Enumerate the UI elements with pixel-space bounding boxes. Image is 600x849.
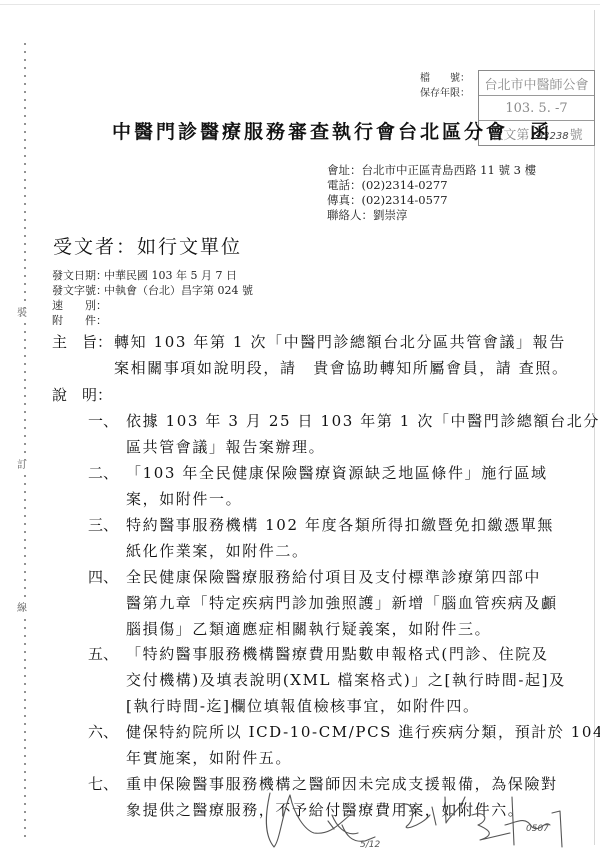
- retention-period-label: 保存年限：: [420, 86, 470, 101]
- item-1-line-2: 區共管會議」報告案辦理。: [126, 436, 325, 457]
- subject-line-2: 案相關事項如說明段，請 貴會協助轉知所屬會員，請 查照。: [114, 357, 569, 378]
- item-7-number: 七、: [88, 773, 118, 794]
- dispatch-ref: 發文字號：中執會（台北）昌字第 024 號: [52, 283, 253, 298]
- fax: 傳真：(02)2314-0577: [327, 193, 536, 208]
- file-number-label: 檔 號：: [420, 71, 470, 86]
- dispatch-date: 發文日期：中華民國 103 年 5 月 7 日: [52, 268, 253, 283]
- document-title: 中醫門診醫療服務審查執行會台北區分會 函: [112, 117, 552, 144]
- recipient: 受文者：如行文單位: [53, 232, 242, 259]
- signature-stroke-4: [400, 797, 465, 828]
- item-5-line-3: [執行時間-迄]欄位填報值檢核事宜，如附件四。: [126, 695, 480, 716]
- stamp-org: 台北市中醫師公會: [479, 71, 594, 96]
- binding-mark-zhuang: 裝: [17, 308, 27, 320]
- signature-stroke-1: [266, 793, 350, 847]
- signature-date-2: 0507: [526, 824, 549, 834]
- file-info: 檔 號： 保存年限：: [420, 71, 470, 101]
- subject-label: 主 旨：: [52, 331, 112, 352]
- signature-stroke-5: [472, 814, 510, 840]
- item-2-line-2: 案，如附件一。: [126, 488, 242, 509]
- item-1-number: 一、: [88, 410, 118, 431]
- dispatch-ref-label: 發文字號：: [52, 283, 104, 298]
- item-4-number: 四、: [88, 566, 118, 587]
- item-3-line-2: 紙化作業案，如附件二。: [126, 540, 309, 561]
- contact-block: 會址：台北市中正區青島西路 11 號 3 樓 電話：(02)2314-0277 …: [327, 163, 536, 223]
- item-5-number: 五、: [88, 643, 118, 664]
- attachments-label: 附 件：: [52, 313, 104, 328]
- stamp-doc-suffix: 號: [570, 124, 583, 143]
- binding-mark-ding: 訂: [17, 460, 27, 472]
- phone: 電話：(02)2314-0277: [327, 178, 536, 193]
- binding-dotted-line: [24, 40, 26, 840]
- item-4-line-1: 全民健康保險醫療服務給付項目及支付標準診療第四部中: [126, 566, 541, 587]
- item-2-line-1: 「103 年全民健康保險醫療資源缺乏地區條件」施行區域: [126, 462, 548, 483]
- item-6-line-1: 健保特約院所以 ICD-10-CM/PCS 進行疾病分類，預計於 104: [126, 721, 600, 742]
- signature-stroke-7: [552, 811, 562, 847]
- contact-person: 聯絡人：劉崇淳: [327, 208, 536, 223]
- address: 會址：台北市中正區青島西路 11 號 3 樓: [327, 163, 536, 178]
- item-4-line-3: 腦損傷」乙類適應症相關執行疑義案，如附件三。: [126, 618, 491, 639]
- dispatch-date-value: 中華民國 103 年 5 月 7 日: [104, 269, 237, 282]
- dispatch-date-label: 發文日期：: [52, 268, 104, 283]
- subject-line-1: 轉知 103 年第 1 次「中醫門診總額台北分區共管會議」報告: [114, 331, 566, 352]
- item-3-number: 三、: [88, 514, 118, 535]
- signature-stroke-6: [505, 797, 550, 845]
- item-4-line-2: 醫第九章「特定疾病門診加強照護」新增「腦血管疾病及顱: [126, 592, 558, 613]
- attachments: 附 件：: [52, 313, 253, 328]
- item-3-line-1: 特約醫事服務機構 102 年度各類所得扣繳暨免扣繳憑單無: [126, 514, 554, 535]
- dispatch-meta: 發文日期：中華民國 103 年 5 月 7 日 發文字號：中執會（台北）昌字第 …: [52, 268, 253, 328]
- signature-stroke-2: [328, 815, 358, 834]
- item-2-number: 二、: [88, 462, 118, 483]
- item-6-number: 六、: [88, 721, 118, 742]
- dispatch-ref-value: 中執會（台北）昌字第 024 號: [104, 284, 253, 297]
- handwritten-signatures: 5/12 0507: [250, 785, 570, 849]
- item-5-line-2: 交付機構)及填表說明(XML 檔案格式)」之[執行時間-起]及: [126, 669, 566, 690]
- speed-label: 速 別：: [52, 298, 104, 313]
- scan-top-edge: [0, 4, 600, 5]
- binding-mark-xian: 線: [17, 603, 27, 615]
- item-5-line-1: 「特約醫事服務機構醫療費用點數申報格式(門診、住院及: [126, 643, 548, 664]
- item-1-line-1: 依據 103 年 3 月 25 日 103 年第 1 次「中醫門診總額台北分: [126, 410, 600, 431]
- binding-margin: 裝 訂 線: [22, 40, 28, 840]
- signature-date-1: 5/12: [360, 840, 380, 849]
- explanation-label: 說 明：: [52, 384, 112, 405]
- speed: 速 別：: [52, 298, 253, 313]
- item-6-line-2: 年實施案，如附件五。: [126, 747, 292, 768]
